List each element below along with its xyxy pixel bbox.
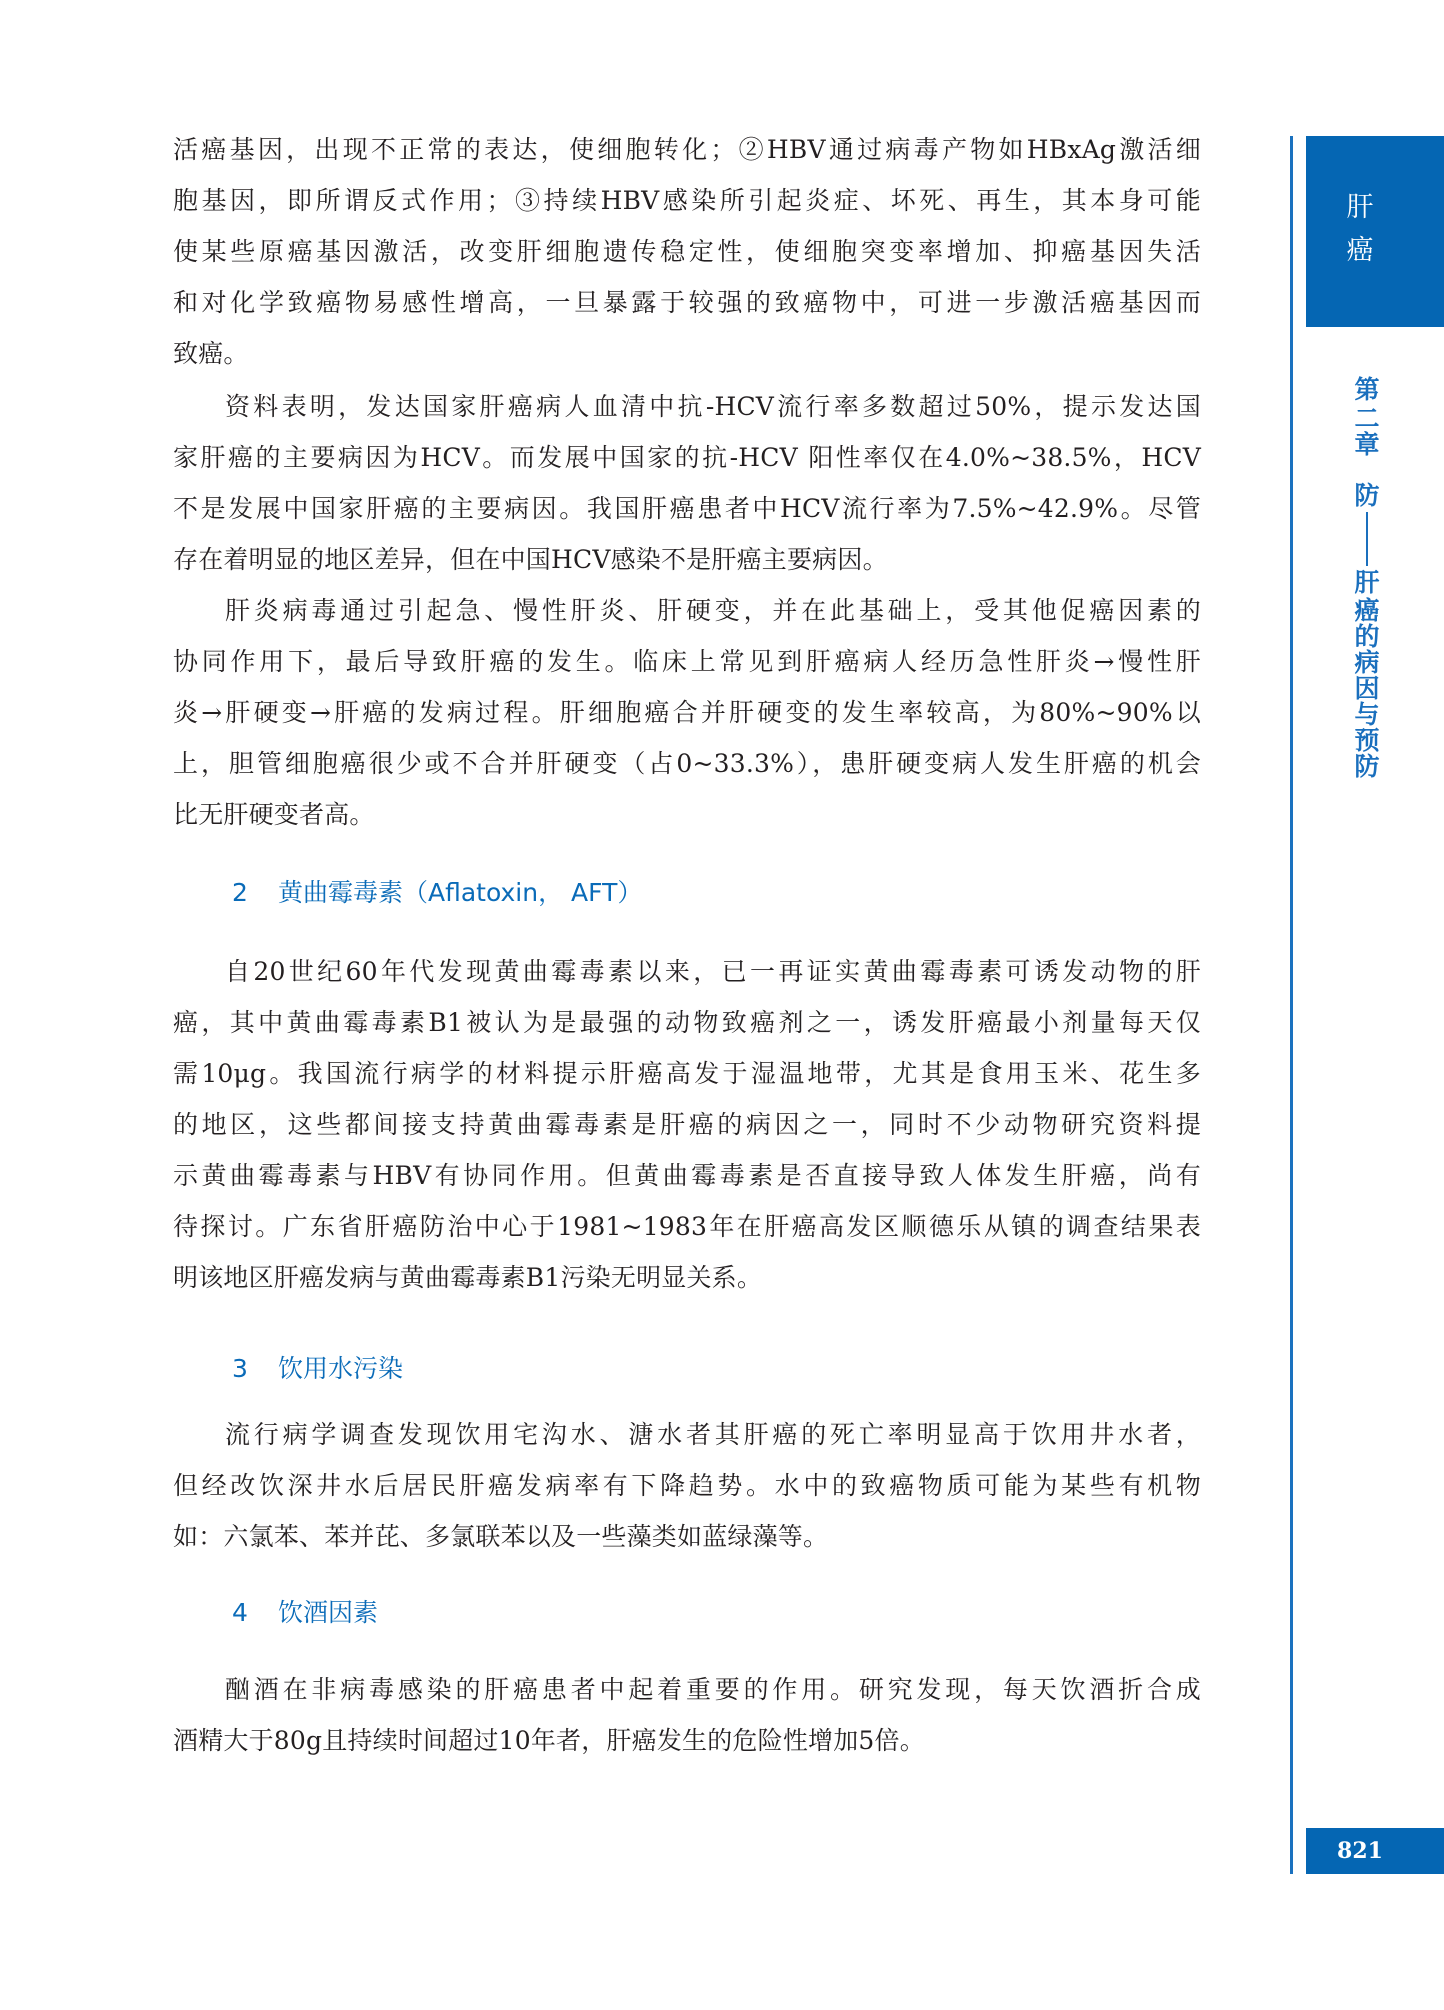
chapter-char: 防 — [1350, 753, 1384, 781]
text-line: 家肝癌的主要病因为HCV。而发展中国家的抗-HCV 阳性率仅在4.0%~38.5… — [173, 443, 1201, 473]
section-heading-alcohol: 4饮酒因素 — [232, 1598, 378, 1628]
text-line: 示黄曲霉毒素与HBV有协同作用。但黄曲霉毒素是否直接导致人体发生肝癌，尚有 — [173, 1161, 1201, 1191]
text-line: 待探讨。广东省肝癌防治中心于1981~1983年在肝癌高发区顺德乐从镇的调查结果… — [173, 1212, 1201, 1242]
section-tab-char: 癌 — [1306, 236, 1414, 266]
chapter-char: 章 — [1350, 431, 1384, 459]
section-title: 饮用水污染 — [278, 1354, 403, 1383]
text-line: 使某些原癌基因激活，改变肝细胞遗传稳定性，使细胞突变率增加、抑癌基因失活 — [173, 237, 1201, 267]
text-line: 如：六氯苯、苯并芘、多氯联苯以及一些藻类如蓝绿藻等。 — [173, 1522, 1201, 1552]
chapter-char: 癌 — [1350, 597, 1384, 625]
section-number: 4 — [232, 1598, 278, 1628]
text-line: 炎→肝硬变→肝癌的发病过程。肝细胞癌合并肝硬变的发生率较高，为80%~90%以 — [173, 698, 1201, 728]
chapter-char: 病 — [1350, 649, 1384, 677]
section-number: 3 — [232, 1354, 278, 1384]
text-line: 存在着明显的地区差异，但在中国HCV感染不是肝癌主要病因。 — [173, 545, 1201, 575]
text-line: 胞基因，即所谓反式作用；③持续HBV感染所引起炎症、坏死、再生，其本身可能 — [173, 186, 1201, 216]
section-tab: 肝 癌 — [1306, 136, 1444, 327]
text-line: 明该地区肝癌发病与黄曲霉毒素B1污染无明显关系。 — [173, 1263, 1201, 1293]
text-line: 需10μg。我国流行病学的材料提示肝癌高发于湿温地带，尤其是食用玉米、花生多 — [173, 1059, 1201, 1089]
text-line: 致癌。 — [173, 339, 1201, 369]
chapter-char: 防 — [1350, 482, 1384, 510]
text-line: 协同作用下，最后导致肝癌的发生。临床上常见到肝癌病人经历急性肝炎→慢性肝 — [173, 647, 1201, 677]
text-line: 资料表明，发达国家肝癌病人血清中抗-HCV流行率多数超过50%，提示发达国 — [173, 392, 1201, 422]
section-heading-aflatoxin: 2黄曲霉毒素（Aflatoxin， AFT） — [232, 878, 642, 908]
chapter-char: 肝 — [1350, 569, 1384, 597]
text-line: 流行病学调查发现饮用宅沟水、溏水者其肝癌的死亡率明显高于饮用井水者， — [173, 1420, 1201, 1450]
chapter-char: 预 — [1350, 727, 1384, 755]
section-heading-water: 3饮用水污染 — [232, 1354, 403, 1384]
chapter-char: 的 — [1350, 623, 1384, 651]
text-line: 比无肝硬变者高。 — [173, 800, 1201, 830]
chapter-char: 因 — [1350, 675, 1384, 703]
text-line: 自20世纪60年代发现黄曲霉毒素以来，已一再证实黄曲霉毒素可诱发动物的肝 — [173, 957, 1201, 987]
text-line: 和对化学致癌物易感性增高，一旦暴露于较强的致癌物中，可进一步激活癌基因而 — [173, 288, 1201, 318]
text-line: 但经改饮深井水后居民肝癌发病率有下降趋势。水中的致癌物质可能为某些有机物 — [173, 1471, 1201, 1501]
section-number: 2 — [232, 878, 278, 908]
text-line: 酗酒在非病毒感染的肝癌患者中起着重要的作用。研究发现，每天饮酒折合成 — [173, 1675, 1201, 1705]
page-number-box: 821 — [1306, 1828, 1444, 1874]
text-line: 的地区，这些都间接支持黄曲霉毒素是肝癌的病因之一，同时不少动物研究资料提 — [173, 1110, 1201, 1140]
text-line: 不是发展中国家肝癌的主要病因。我国肝癌患者中HCV流行率为7.5%~42.9%。… — [173, 494, 1201, 524]
section-title: 黄曲霉毒素（Aflatoxin， AFT） — [278, 878, 642, 907]
text-line: 酒精大于80g且持续时间超过10年者，肝癌发生的危险性增加5倍。 — [173, 1726, 1201, 1756]
chapter-char: 与 — [1350, 701, 1384, 729]
text-line: 肝炎病毒通过引起急、慢性肝炎、肝硬变，并在此基础上，受其他促癌因素的 — [173, 596, 1201, 626]
margin-rule — [1290, 136, 1293, 1874]
text-line: 癌，其中黄曲霉毒素B1被认为是最强的动物致癌剂之一，诱发肝癌最小剂量每天仅 — [173, 1008, 1201, 1038]
page-number: 821 — [1306, 1836, 1414, 1866]
text-line: 活癌基因，出现不正常的表达，使细胞转化；②HBV通过病毒产物如HBxAg激活细 — [173, 135, 1201, 165]
chapter-char: 第 — [1350, 376, 1384, 404]
chapter-char: 二 — [1350, 405, 1384, 433]
section-tab-char: 肝 — [1306, 193, 1414, 223]
section-title: 饮酒因素 — [278, 1598, 378, 1627]
text-line: 上，胆管细胞癌很少或不合并肝硬变（占0~33.3%），患肝硬变病人发生肝癌的机会 — [173, 749, 1201, 779]
chapter-dash — [1366, 512, 1368, 566]
